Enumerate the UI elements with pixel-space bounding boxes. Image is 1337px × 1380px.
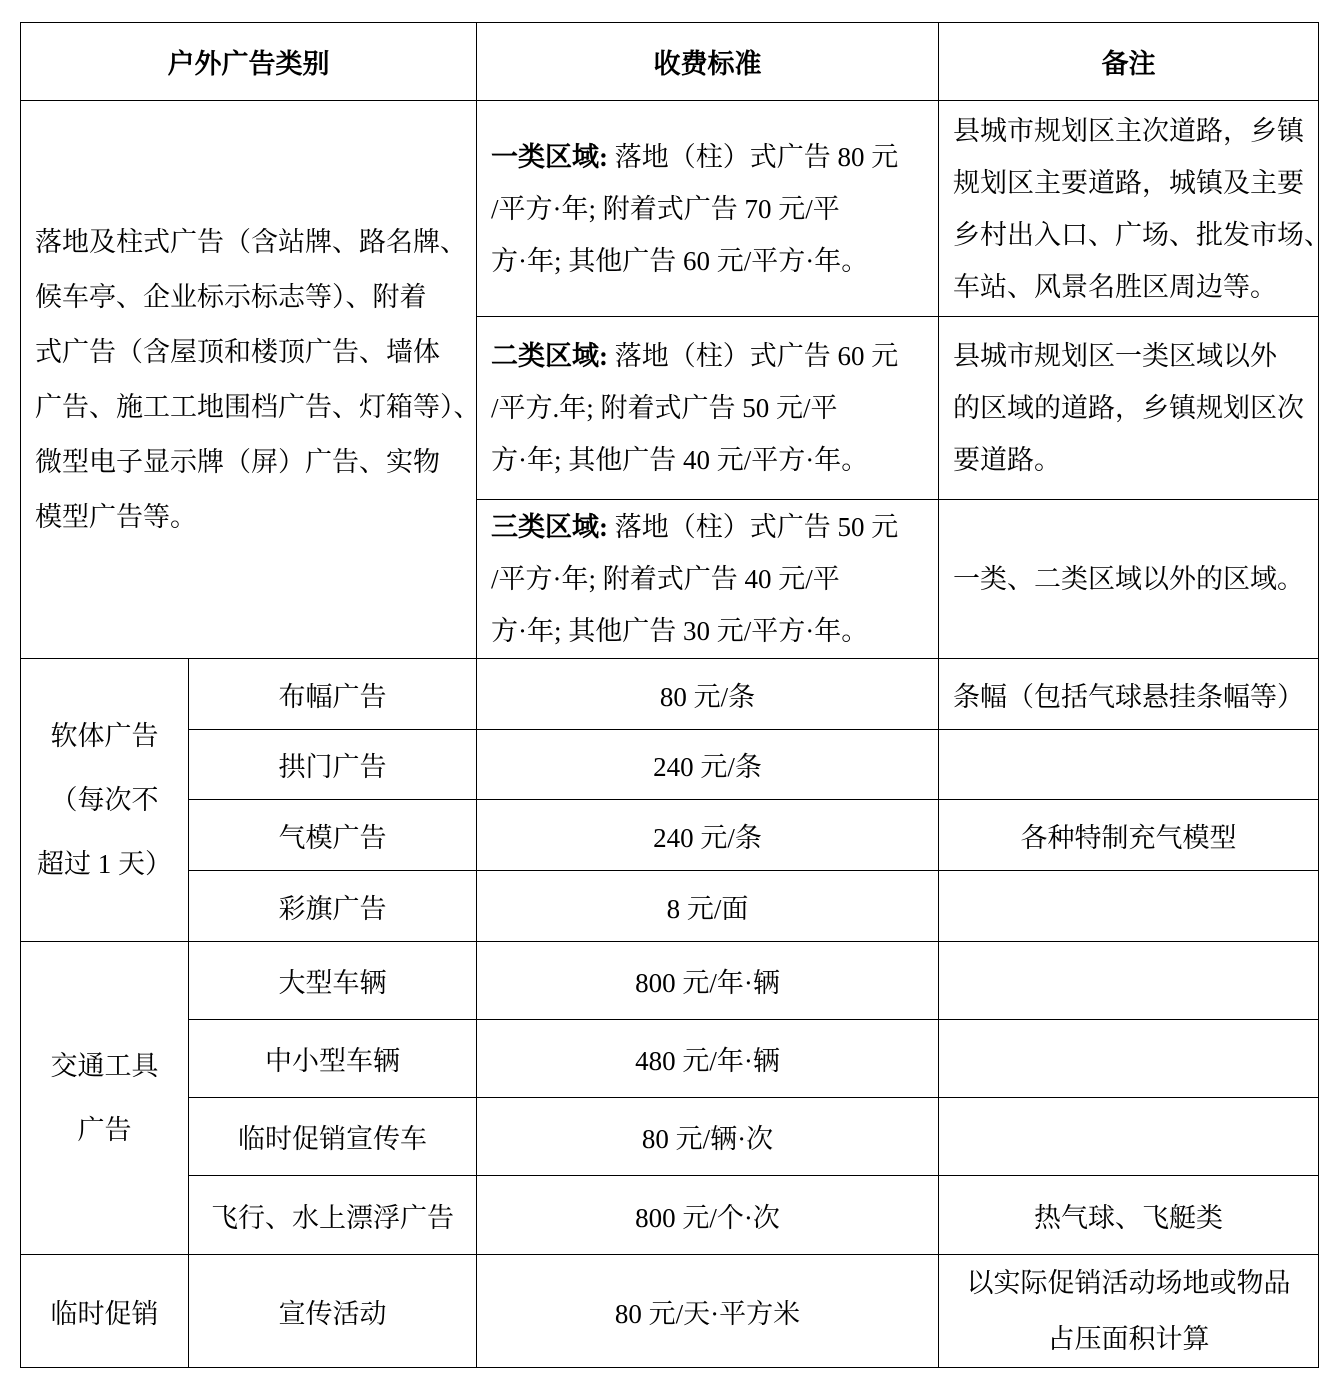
text-line: 乡村出入口、广场、批发市场、	[953, 209, 1304, 261]
text-line: 要道路。	[953, 434, 1304, 486]
cell-soft-ads-category: 软体广告 （每次不 超过 1 天）	[21, 659, 189, 942]
cell-zone1-remark: 县城市规划区主次道路，乡镇 规划区主要道路，城镇及主要 乡村出入口、广场、批发市…	[939, 101, 1319, 317]
cell-inflatable-ad-fee: 240 元/条	[477, 800, 939, 871]
text-line: 以实际促销活动场地或物品	[943, 1255, 1314, 1311]
text-line: 规划区主要道路，城镇及主要	[953, 157, 1304, 209]
zone2-fee-text: 落地（柱）式广告 60 元	[608, 341, 898, 371]
cell-banner-ad-name: 布幅广告	[189, 659, 477, 730]
header-fee-standard: 收费标准	[477, 23, 939, 101]
zone3-label: 三类区域:	[491, 512, 608, 542]
zone2-label: 二类区域:	[491, 341, 608, 371]
cell-promo-vehicle-remark	[939, 1098, 1319, 1176]
text-line: 交通工具	[25, 1034, 184, 1098]
cell-zone3-fee: 三类区域: 落地（柱）式广告 50 元 /平方·年; 附着式广告 40 元/平 …	[477, 500, 939, 659]
text-line: （每次不	[25, 768, 184, 832]
cell-zone2-remark: 县城市规划区一类区域以外 的区域的道路，乡镇规划区次 要道路。	[939, 317, 1319, 500]
text-line: 广告、施工工地围档广告、灯箱等）、	[35, 380, 462, 435]
cell-arch-ad-remark	[939, 730, 1319, 800]
cell-inflatable-ad-remark: 各种特制充气模型	[939, 800, 1319, 871]
cell-temp-promotion-category: 临时促销	[21, 1255, 189, 1368]
text-line: 方·年; 其他广告 30 元/平方·年。	[491, 605, 924, 657]
text-line: 广告	[25, 1098, 184, 1162]
text-line: 一类区域: 落地（柱）式广告 80 元	[491, 131, 924, 183]
text-line: /平方.年; 附着式广告 50 元/平	[491, 382, 924, 434]
fee-table: 户外广告类别 收费标准 备注 落地及柱式广告（含站牌、路名牌、 候车亭、企业标示…	[20, 22, 1319, 1368]
cell-arch-ad-name: 拱门广告	[189, 730, 477, 800]
cell-flag-ad-fee: 8 元/面	[477, 871, 939, 942]
text-line: 的区域的道路，乡镇规划区次	[953, 382, 1304, 434]
text-line: 方·年; 其他广告 60 元/平方·年。	[491, 235, 924, 287]
cell-arch-ad-fee: 240 元/条	[477, 730, 939, 800]
text-line: 二类区域: 落地（柱）式广告 60 元	[491, 330, 924, 382]
document-page: 户外广告类别 收费标准 备注 落地及柱式广告（含站牌、路名牌、 候车亭、企业标示…	[0, 0, 1337, 1380]
zone1-label: 一类区域:	[491, 142, 608, 172]
text-line: 占压面积计算	[943, 1311, 1314, 1367]
cell-flight-floating-ad-name: 飞行、水上漂浮广告	[189, 1176, 477, 1255]
cell-flag-ad-name: 彩旗广告	[189, 871, 477, 942]
cell-promo-vehicle-name: 临时促销宣传车	[189, 1098, 477, 1176]
cell-vehicle-ads-category: 交通工具 广告	[21, 942, 189, 1255]
cell-zone1-fee: 一类区域: 落地（柱）式广告 80 元 /平方·年; 附着式广告 70 元/平 …	[477, 101, 939, 317]
cell-banner-ad-remark: 条幅（包括气球悬挂条幅等）	[939, 659, 1319, 730]
header-outdoor-ad-category: 户外广告类别	[21, 23, 477, 101]
cell-banner-ad-fee: 80 元/条	[477, 659, 939, 730]
text-line: 模型广告等。	[35, 490, 462, 545]
text-line: 候车亭、企业标示标志等）、附着	[35, 270, 462, 325]
cell-large-vehicle-fee: 800 元/年·辆	[477, 942, 939, 1020]
cell-promo-activity-remark: 以实际促销活动场地或物品 占压面积计算	[939, 1255, 1319, 1368]
text-line: 一类、二类区域以外的区域。	[953, 553, 1304, 605]
cell-large-vehicle-name: 大型车辆	[189, 942, 477, 1020]
text-line: 落地及柱式广告（含站牌、路名牌、	[35, 215, 462, 270]
text-line: 微型电子显示牌（屏）广告、实物	[35, 435, 462, 490]
cell-inflatable-ad-name: 气模广告	[189, 800, 477, 871]
text-line: 县城市规划区一类区域以外	[953, 330, 1304, 382]
text-line: 软体广告	[25, 704, 184, 768]
cell-large-vehicle-remark	[939, 942, 1319, 1020]
text-line: 县城市规划区主次道路，乡镇	[953, 105, 1304, 157]
cell-medium-small-vehicle-name: 中小型车辆	[189, 1020, 477, 1098]
cell-flag-ad-remark	[939, 871, 1319, 942]
cell-zone2-fee: 二类区域: 落地（柱）式广告 60 元 /平方.年; 附着式广告 50 元/平 …	[477, 317, 939, 500]
cell-promo-vehicle-fee: 80 元/辆·次	[477, 1098, 939, 1176]
text-line: 超过 1 天）	[25, 832, 184, 896]
cell-promo-activity-name: 宣传活动	[189, 1255, 477, 1368]
cell-flight-floating-ad-remark: 热气球、飞艇类	[939, 1176, 1319, 1255]
cell-promo-activity-fee: 80 元/天·平方米	[477, 1255, 939, 1368]
text-line: 方·年; 其他广告 40 元/平方·年。	[491, 434, 924, 486]
text-line: 三类区域: 落地（柱）式广告 50 元	[491, 501, 924, 553]
text-line: /平方·年; 附着式广告 70 元/平	[491, 183, 924, 235]
text-line: 车站、风景名胜区周边等。	[953, 261, 1304, 313]
zone3-fee-text: 落地（柱）式广告 50 元	[608, 512, 898, 542]
header-remark: 备注	[939, 23, 1319, 101]
zone1-fee-text: 落地（柱）式广告 80 元	[608, 142, 898, 172]
cell-medium-small-vehicle-fee: 480 元/年·辆	[477, 1020, 939, 1098]
cell-ground-column-ads-category: 落地及柱式广告（含站牌、路名牌、 候车亭、企业标示标志等）、附着 式广告（含屋顶…	[21, 101, 477, 659]
cell-zone3-remark: 一类、二类区域以外的区域。	[939, 500, 1319, 659]
cell-flight-floating-ad-fee: 800 元/个·次	[477, 1176, 939, 1255]
text-line: /平方·年; 附着式广告 40 元/平	[491, 553, 924, 605]
cell-medium-small-vehicle-remark	[939, 1020, 1319, 1098]
text-line: 式广告（含屋顶和楼顶广告、墙体	[35, 325, 462, 380]
